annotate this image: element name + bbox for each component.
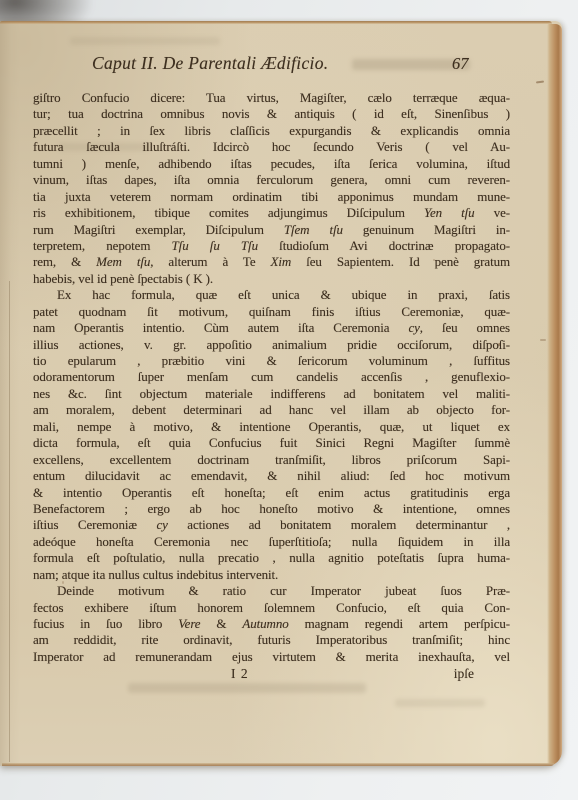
ink-bleedthrough [70,37,220,45]
text-line: fucius in ſuo libro Vere & Autumno magna… [33,616,510,632]
text-block: giſtro Confucio dicere: Tua virtus, Magi… [33,90,510,665]
text-line: rem, & Mem tſu, alterum à Te Xim ſeu Sap… [33,254,510,270]
text-line: futura ſæcula illuſtráſti. Idcircò hoc ſ… [33,139,510,155]
page-top-edge [0,21,552,24]
signature-line: I 2 ipſe [33,666,510,684]
text-line: Imperator ad remunerandam ejus virtutem … [33,649,510,665]
text-line: terpretem, nepotem Tſu ſu Tſu ſtudioſum … [33,238,510,254]
page-number: 67 [452,54,469,74]
margin-mark [540,339,546,341]
page-header: Caput II. De Parentali Ædificio. 67 [0,53,562,77]
text-line: iſtius Ceremoniæ cy actiones ad bonitate… [33,517,510,533]
text-line: giſtro Confucio dicere: Tua virtus, Magi… [33,90,510,106]
text-line: tio epularum , præbitio vini & ſericorum… [33,353,510,369]
text-line: nam; atque ita nullus cultus indebitus i… [33,567,510,583]
text-line: adeóque honeſta Ceremonia nec ſuperſtiti… [33,534,510,550]
page-bottom-edge [2,763,554,766]
text-line: formula eſt poſtulatio, nulla precatio ,… [33,550,510,566]
text-line: Ex hac formula, quæ eſt unica & ubique i… [33,287,510,303]
text-line: am moralem, debent determinari ad hanc v… [33,402,510,418]
text-line: tur; tua doctrina omnibus novis & antiqu… [33,106,510,122]
running-title: Caput II. De Parentali Ædificio. [92,53,328,74]
text-line: nam Operantis intentio. Cùm autem iſta C… [33,320,510,336]
text-line: præcellit ; in ſex libris claſſicis expu… [33,123,510,139]
book-page: Caput II. De Parentali Ædificio. 67 giſt… [0,21,562,766]
text-line: excellens, excellentem doctrinam tranſmi… [33,452,510,468]
text-line: Deinde motivum & ratio cur Imperator jub… [33,583,510,599]
text-line: nes &c. ſint objectum materiale indiffer… [33,386,510,402]
text-line: & intentio Operantis eſt honeſta; eſt en… [33,485,510,501]
text-line: fectos exhibere iſtum honorem ſolemnem C… [33,600,510,616]
page-stack-edge [547,24,562,766]
gutter-fold-line [9,281,10,762]
text-line: am reddidit, rite ordinavit, futuris Imp… [33,632,510,648]
text-line: patet quodnam ſit motivum, quiſnam finis… [33,304,510,320]
text-line: ris exhibitionem, tibique comites adjung… [33,205,510,221]
text-line: illius actiones, v. gr. appoſitio animal… [33,337,510,353]
gutter-shadow [0,21,20,766]
text-line: Benefactorem ; ergo ab hoc honeſto motiv… [33,501,510,517]
ink-bleedthrough [395,699,485,707]
text-line: entum dilucidavit ac emendavit, & nihil … [33,468,510,484]
text-line: mali, nempe à motivo, & intentione Opera… [33,419,510,435]
margin-mark [536,80,544,83]
signature-mark: I 2 [231,666,249,682]
text-line: habebis, vel id penè ſpectabis ( K ). [33,271,510,287]
text-line: tia juxta veterem normam ordinatim tibi … [33,189,510,205]
text-line: tumni ) menſe, adhibendo iſtas pecudes, … [33,156,510,172]
text-line: vinum, iſtas dapes, iſta omnia ferculoru… [33,172,510,188]
text-line: rum Magiſtri exemplar, Diſcipulum Tſem t… [33,222,510,238]
text-line: dicta formula, eſt quia Confucius fuit S… [33,435,510,451]
text-line: odoramentorum ſuper menſam cum candelis … [33,369,510,385]
catchword: ipſe [454,666,474,682]
ink-bleedthrough [128,683,366,693]
